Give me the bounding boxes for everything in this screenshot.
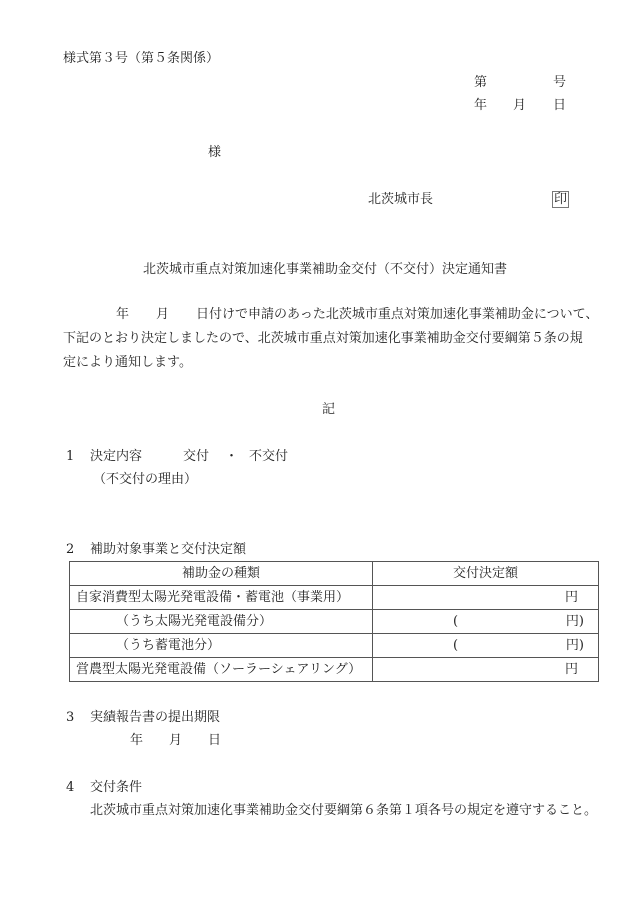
subsidy-type-cell: （うち蓄電池分） [70,634,373,658]
grant-amount-cell[interactable]: 円 [373,658,599,682]
grant-amount-cell[interactable]: (円) [373,634,599,658]
option-separator: ・ [225,449,238,465]
section-4-text: 北茨城市重点対策加速化事業補助金交付要綱第６条第１項各号の規定を遵守すること。 [90,803,597,819]
grant-amount-table: 補助金の種類 交付決定額 自家消費型太陽光発電設備・蓄電池（事業用） 円 （うち… [69,561,599,682]
paren-open: ( [453,614,458,630]
seal-icon: 印 [552,191,569,208]
section-2-number: 2 [66,542,74,558]
table-row: （うち太陽光発電設備分） (円) [70,610,599,634]
section-1-number: 1 [66,449,74,465]
option-grant[interactable]: 交付 [183,449,209,465]
table-row: 営農型太陽光発電設備（ソーラーシェアリング） 円 [70,658,599,682]
section-4-number: 4 [66,780,74,796]
table-row: 自家消費型太陽光発電設備・蓄電池（事業用） 円 [70,586,599,610]
body-line1: 日付けで申請のあった北茨城市重点対策加速化事業補助金について、 [196,307,598,323]
date-year: 年 [474,98,487,114]
yen-unit: 円) [566,614,584,630]
header-subsidy-type: 補助金の種類 [70,562,373,586]
paren-open: ( [453,638,458,654]
deadline-year: 年 [130,733,143,749]
table-header-row: 補助金の種類 交付決定額 [70,562,599,586]
option-no-grant[interactable]: 不交付 [249,449,288,465]
body-line3: 定により通知します。 [63,355,192,371]
doc-number-prefix: 第 [474,75,487,91]
issuer-name: 北茨城市長 [368,192,433,208]
header-grant-amount: 交付決定額 [373,562,599,586]
addressee-suffix: 様 [208,145,221,161]
form-number: 様式第３号（第５条関係） [63,51,219,67]
subsidy-type-cell: （うち太陽光発電設備分） [70,610,373,634]
subsidy-type-cell: 営農型太陽光発電設備（ソーラーシェアリング） [70,658,373,682]
section-3-number: 3 [66,710,74,726]
section-2-label: 補助対象事業と交付決定額 [90,542,246,558]
body-line2: 下記のとおり決定しましたので、北茨城市重点対策加速化事業補助金交付要綱第５条の規 [63,331,583,347]
section-1-label: 決定内容 [90,449,142,465]
deadline-day: 日 [208,733,221,749]
yen-unit: 円 [565,590,578,606]
section-4-label: 交付条件 [90,780,142,796]
yen-unit: 円) [566,638,584,654]
table-row: （うち蓄電池分） (円) [70,634,599,658]
no-grant-reason-label: （不交付の理由） [93,472,197,488]
date-month: 月 [513,98,526,114]
body-month: 月 [156,307,169,323]
section-3-label: 実績報告書の提出期限 [90,710,220,726]
doc-number-suffix: 号 [553,75,566,91]
subsidy-type-cell: 自家消費型太陽光発電設備・蓄電池（事業用） [70,586,373,610]
yen-unit: 円 [565,662,578,678]
body-year: 年 [116,307,129,323]
grant-amount-cell[interactable]: 円 [373,586,599,610]
document-title: 北茨城市重点対策加速化事業補助金交付（不交付）決定通知書 [143,262,507,278]
grant-amount-cell[interactable]: (円) [373,610,599,634]
date-day: 日 [553,98,566,114]
ki-heading: 記 [322,402,335,418]
deadline-month: 月 [169,733,182,749]
